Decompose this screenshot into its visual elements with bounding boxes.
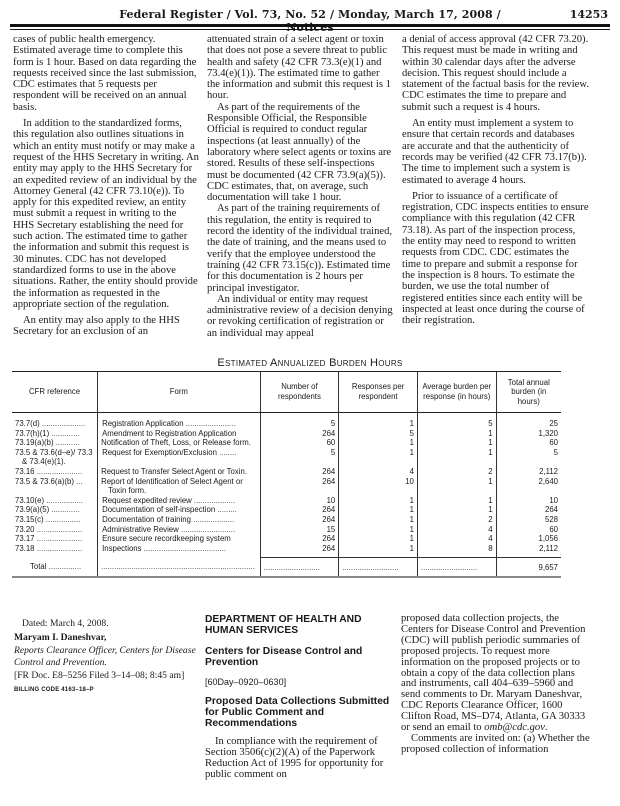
paragraph: An individual or entity may request admi… xyxy=(207,294,393,339)
avg-burden-cell: 4 xyxy=(417,534,496,544)
form-cell: Administrative Review ..................… xyxy=(98,525,261,535)
total-cell: 10 xyxy=(496,496,561,506)
form-cell: Request expedited review ...............… xyxy=(98,496,261,506)
header-rule-thin xyxy=(10,29,610,30)
header-responses-per-respondent: Responses per respondent xyxy=(339,372,418,413)
table-row: 73.20 ..................... Administrati… xyxy=(12,525,561,535)
table-row: 73.10(e) ................. Request exped… xyxy=(12,496,561,506)
table-row: 73.7(d) .................... Registratio… xyxy=(12,413,561,429)
responses-cell: 1 xyxy=(339,413,418,429)
table-row: 73.5 & 73.6(d–e)/ 73.3 & 73.4(e)(1). Req… xyxy=(12,448,561,467)
header-number-of-respondents: Number of respondents xyxy=(260,372,339,413)
header-average-burden: Average burden per response (in hours) xyxy=(417,372,496,413)
header-rule-thick xyxy=(10,24,610,27)
avg-burden-cell: 4 xyxy=(417,525,496,535)
total-cell: 2,112 xyxy=(496,544,561,558)
cfr-cell: 73.7(d) .................... xyxy=(12,413,98,429)
fr-doc-line: [FR Doc. E8–5256 Filed 3–14–08; 8:45 am] xyxy=(14,670,204,682)
respondents-cell: 264 xyxy=(260,544,339,558)
table-row: 73.19(a)(b) ........... Notification of … xyxy=(12,438,561,448)
text-column-1: cases of public health emergency. Estima… xyxy=(13,34,199,338)
cfr-cell: 73.18 ..................... xyxy=(12,544,98,558)
email-link[interactable]: omb@cdc.gov xyxy=(484,722,545,733)
paragraph: As part of the requirements of the Respo… xyxy=(207,102,393,204)
form-cell: Ensure secure recordkeeping system xyxy=(98,534,261,544)
total-cell: 60 xyxy=(496,438,561,448)
responses-cell: 1 xyxy=(339,534,418,544)
responses-cell: 1 xyxy=(339,525,418,535)
responses-cell: 5 xyxy=(339,429,418,439)
table-row: 73.5 & 73.6(a)(b) ... Report of Identifi… xyxy=(12,477,561,496)
signature-block: Dated: March 4, 2008. Maryam I. Daneshva… xyxy=(14,618,204,696)
notice-body: In compliance with the requirement of Se… xyxy=(205,737,397,781)
cfr-cell: 73.19(a)(b) ........... xyxy=(12,438,98,448)
respondents-cell: 60 xyxy=(260,438,339,448)
paragraph: Prior to issuance of a certificate of re… xyxy=(402,191,590,327)
total-cell: 1,320 xyxy=(496,429,561,439)
respondents-cell: 264 xyxy=(260,515,339,525)
notice-column-3: proposed data collection projects, the C… xyxy=(401,614,591,756)
table-row: 73.7(h)(1) ............. Amendment to Re… xyxy=(12,429,561,439)
cfr-cell: 73.15(c) ................ xyxy=(12,515,98,525)
total-cell: 528 xyxy=(496,515,561,525)
responses-cell: 4 xyxy=(339,467,418,477)
respondents-cell: 264 xyxy=(260,534,339,544)
avg-burden-cell: 1 xyxy=(417,477,496,496)
form-cell: Amendment to Registration Application xyxy=(98,429,261,439)
total-avg-cell: .......................... xyxy=(417,558,496,578)
total-cell: 2,640 xyxy=(496,477,561,496)
avg-burden-cell: 1 xyxy=(417,496,496,506)
paragraph: An entity may also apply to the HHS Secr… xyxy=(13,315,199,338)
notice-heading-block: DEPARTMENT OF HEALTH AND HUMAN SERVICES … xyxy=(205,614,397,780)
total-cell: 5 xyxy=(496,448,561,467)
form-cell: Registration Application ...............… xyxy=(98,413,261,429)
billing-code: BILLING CODE 4163–18–P xyxy=(14,685,204,697)
notice-subject: Proposed Data Collections Submitted for … xyxy=(205,696,397,730)
paragraph: An entity must implement a system to ens… xyxy=(402,118,590,186)
burden-hours-table: CFR reference Form Number of respondents… xyxy=(12,371,561,578)
paragraph: a denial of access approval (42 CFR 73.2… xyxy=(402,34,590,113)
respondents-cell: 264 xyxy=(260,429,339,439)
responses-cell: 1 xyxy=(339,515,418,525)
avg-burden-cell: 8 xyxy=(417,544,496,558)
table-row: 73.17 ..................... Ensure secur… xyxy=(12,534,561,544)
total-label-cell: Total ............... xyxy=(12,558,98,578)
respondents-cell: 264 xyxy=(260,467,339,477)
responses-cell: 10 xyxy=(339,477,418,496)
total-value-cell: 9,657 xyxy=(496,558,561,578)
cfr-cell: 73.5 & 73.6(d–e)/ 73.3 & 73.4(e)(1). xyxy=(12,448,98,467)
total-cell: 1,056 xyxy=(496,534,561,544)
signer-name: Maryam I. Daneshvar, xyxy=(14,632,204,644)
cfr-cell: 73.20 ..................... xyxy=(12,525,98,535)
cfr-cell: 73.9(a)(5) ............. xyxy=(12,505,98,515)
total-form-cell: ........................................… xyxy=(98,558,261,578)
header-form: Form xyxy=(98,372,261,413)
respondents-cell: 15 xyxy=(260,525,339,535)
total-cell: 60 xyxy=(496,525,561,535)
department-heading: DEPARTMENT OF HEALTH AND HUMAN SERVICES xyxy=(205,614,397,637)
paragraph: In addition to the standardized forms, t… xyxy=(13,118,199,310)
cfr-cell: 73.16 ..................... xyxy=(12,467,98,477)
avg-burden-cell: 5 xyxy=(417,413,496,429)
responses-cell: 1 xyxy=(339,505,418,515)
paragraph: As part of the training requirements of … xyxy=(207,203,393,293)
table-row: 73.18 ..................... Inspections … xyxy=(12,544,561,558)
form-cell: Notification of Theft, Loss, or Release … xyxy=(98,438,261,448)
text-column-3: a denial of access approval (42 CFR 73.2… xyxy=(402,34,590,326)
table-row: 73.9(a)(5) ............. Documentation o… xyxy=(12,505,561,515)
avg-burden-cell: 2 xyxy=(417,467,496,477)
respondents-cell: 5 xyxy=(260,448,339,467)
running-head: Federal Register / Vol. 73, No. 52 / Mon… xyxy=(110,8,510,34)
respondents-cell: 10 xyxy=(260,496,339,506)
avg-burden-cell: 1 xyxy=(417,429,496,439)
respondents-cell: 5 xyxy=(260,413,339,429)
total-cell: 264 xyxy=(496,505,561,515)
responses-cell: 1 xyxy=(339,496,418,506)
cfr-cell: 73.5 & 73.6(a)(b) ... xyxy=(12,477,98,496)
agency-heading: Centers for Disease Control and Preventi… xyxy=(205,646,397,669)
table-title-text: Estimated Annualized Burden Hours xyxy=(217,357,402,369)
avg-burden-cell: 1 xyxy=(417,438,496,448)
table-title: Estimated Annualized Burden Hours xyxy=(0,357,620,369)
paragraph: proposed data collection projects, the C… xyxy=(401,614,591,734)
table-header-row: CFR reference Form Number of respondents… xyxy=(12,372,561,413)
form-cell: Documentation of training ..............… xyxy=(98,515,261,525)
cfr-cell: 73.17 ..................... xyxy=(12,534,98,544)
avg-burden-cell: 1 xyxy=(417,505,496,515)
table-total-row: Total ............... ..................… xyxy=(12,558,561,578)
responses-cell: 1 xyxy=(339,544,418,558)
form-cell: Inspections ............................… xyxy=(98,544,261,558)
paragraph: cases of public health emergency. Estima… xyxy=(13,34,199,113)
form-cell: Request for Exemption/Exclusion ........ xyxy=(98,448,261,467)
header-cfr-reference: CFR reference xyxy=(12,372,98,413)
form-cell: Documentation of self-inspection .......… xyxy=(98,505,261,515)
total-cell: 25 xyxy=(496,413,561,429)
responses-cell: 1 xyxy=(339,448,418,467)
total-respondents-cell: .......................... xyxy=(260,558,339,578)
total-responses-cell: .......................... xyxy=(339,558,418,578)
dated-line: Dated: March 4, 2008. xyxy=(14,618,204,630)
avg-burden-cell: 2 xyxy=(417,515,496,525)
header-total-annual-burden: Total annual burden (in hours) xyxy=(496,372,561,413)
text-column-2: attenuated strain of a select agent or t… xyxy=(207,34,393,339)
cfr-cell: 73.7(h)(1) ............. xyxy=(12,429,98,439)
cfr-cell: 73.10(e) ................. xyxy=(12,496,98,506)
total-cell: 2,112 xyxy=(496,467,561,477)
signer-title: Reports Clearance Officer, Centers for D… xyxy=(14,645,204,668)
paragraph: Comments are invited on: (a) Whether the… xyxy=(401,734,591,756)
respondents-cell: 264 xyxy=(260,505,339,515)
form-cell: Request to Transfer Select Agent or Toxi… xyxy=(98,467,261,477)
paragraph: attenuated strain of a select agent or t… xyxy=(207,34,393,102)
form-cell: Report of Identification of Select Agent… xyxy=(98,477,261,496)
avg-burden-cell: 1 xyxy=(417,448,496,467)
docket-number: [60Day–0920–0630] xyxy=(205,677,397,687)
table-row: 73.15(c) ................ Documentation … xyxy=(12,515,561,525)
respondents-cell: 264 xyxy=(260,477,339,496)
page-number: 14253 xyxy=(570,8,608,21)
table-row: 73.16 ..................... Request to T… xyxy=(12,467,561,477)
responses-cell: 1 xyxy=(339,438,418,448)
